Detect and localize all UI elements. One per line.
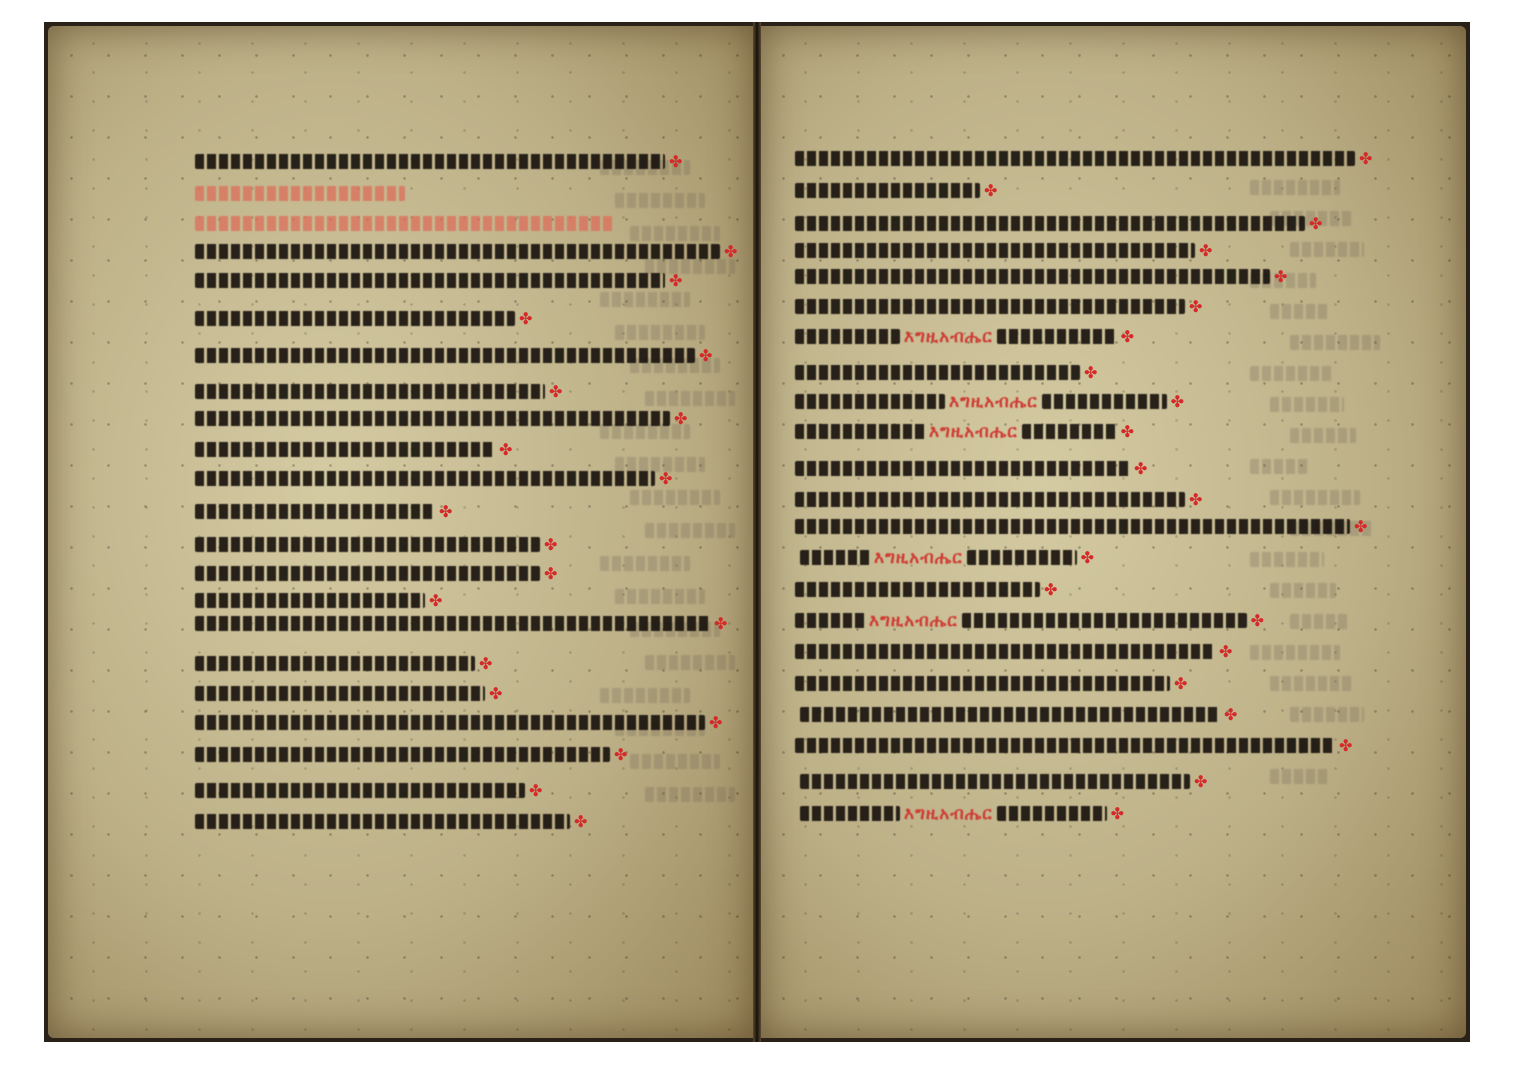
- section-end-mark-icon: ✤: [709, 715, 722, 731]
- ink-text-illegible: [962, 613, 1247, 628]
- manuscript-line: ✤: [195, 565, 557, 582]
- section-end-mark-icon: ✤: [1274, 269, 1287, 285]
- ink-text-illegible: [195, 411, 670, 426]
- manuscript-line: ✤: [800, 773, 1207, 790]
- section-end-mark-icon: ✤: [479, 656, 492, 672]
- ink-text-illegible: [795, 424, 925, 439]
- show-through-text: [1290, 707, 1364, 722]
- rubric-divine-name: እግዚአብሔር: [869, 611, 958, 631]
- section-end-mark-icon: ✤: [1111, 806, 1124, 822]
- rubric-text-illegible: [195, 216, 615, 231]
- show-through-text: [615, 589, 705, 604]
- ink-text-illegible: [967, 550, 1077, 565]
- manuscript-line: ✤: [795, 675, 1187, 692]
- ink-text-illegible: [195, 814, 570, 829]
- ink-text-illegible: [195, 311, 515, 326]
- ink-text-illegible: [195, 747, 610, 762]
- manuscript-line: ✤: [795, 215, 1322, 232]
- manuscript-line: ✤: [195, 746, 627, 763]
- show-through-text: [630, 226, 720, 241]
- ink-text-illegible: [795, 151, 1355, 166]
- ink-text-illegible: [195, 783, 525, 798]
- ink-text-illegible: [800, 774, 1190, 789]
- section-end-mark-icon: ✤: [1121, 424, 1134, 440]
- manuscript-line: ✤: [795, 518, 1367, 535]
- manuscript-line: ✤: [195, 503, 452, 520]
- manuscript-line: እግዚአብሔር✤: [795, 423, 1134, 440]
- section-end-mark-icon: ✤: [674, 411, 687, 427]
- ink-text-illegible: [195, 471, 655, 486]
- manuscript-line: ✤: [195, 470, 672, 487]
- section-end-mark-icon: ✤: [1044, 582, 1057, 598]
- manuscript-line: እግዚአብሔር✤: [795, 612, 1264, 629]
- section-end-mark-icon: ✤: [1081, 550, 1094, 566]
- show-through-text: [615, 325, 705, 340]
- manuscript-line: ✤: [195, 441, 512, 458]
- show-through-text: [600, 688, 690, 703]
- show-through-text: [615, 193, 705, 208]
- ink-text-illegible: [795, 461, 1130, 476]
- ink-text-illegible: [195, 656, 475, 671]
- manuscript-line: ✤: [795, 150, 1372, 167]
- manuscript-line: ✤: [795, 643, 1232, 660]
- manuscript-line: ✤: [195, 410, 687, 427]
- rubric-divine-name: እግዚአብሔር: [874, 548, 963, 568]
- manuscript-line: ✤: [795, 460, 1147, 477]
- section-end-mark-icon: ✤: [614, 747, 627, 763]
- ink-text-illegible: [795, 676, 1170, 691]
- ink-text-illegible: [795, 613, 865, 628]
- ink-text-illegible: [195, 384, 545, 399]
- rubric-divine-name: እግዚአብሔር: [929, 422, 1018, 442]
- section-end-mark-icon: ✤: [1309, 216, 1322, 232]
- section-end-mark-icon: ✤: [1189, 492, 1202, 508]
- ink-text-illegible: [195, 273, 665, 288]
- section-end-mark-icon: ✤: [1194, 774, 1207, 790]
- manuscript-line: [195, 185, 405, 202]
- show-through-text: [1250, 459, 1308, 474]
- ink-text-illegible: [795, 299, 1185, 314]
- manuscript-line: እግዚአብሔር✤: [795, 328, 1134, 345]
- ink-text-illegible: [795, 216, 1305, 231]
- section-end-mark-icon: ✤: [669, 154, 682, 170]
- manuscript-line: ✤: [195, 782, 542, 799]
- manuscript-line: እግዚአብሔር✤: [800, 549, 1094, 566]
- ink-text-illegible: [795, 394, 945, 409]
- manuscript-line: ✤: [795, 242, 1212, 259]
- ink-text-illegible: [195, 154, 665, 169]
- manuscript-line: እግዚአብሔር✤: [800, 805, 1124, 822]
- ink-text-illegible: [800, 707, 1220, 722]
- binding-gutter: [753, 22, 761, 1042]
- show-through-text: [1270, 583, 1336, 598]
- section-end-mark-icon: ✤: [1134, 461, 1147, 477]
- show-through-text: [1290, 242, 1364, 257]
- ink-text-illegible: [195, 593, 425, 608]
- show-through-text: [630, 754, 720, 769]
- section-end-mark-icon: ✤: [1189, 299, 1202, 315]
- ink-text-illegible: [795, 582, 1040, 597]
- show-through-text: [1270, 304, 1328, 319]
- section-end-mark-icon: ✤: [699, 348, 712, 364]
- show-through-text: [1290, 614, 1348, 629]
- manuscript-line: ✤: [795, 268, 1287, 285]
- section-end-mark-icon: ✤: [1199, 243, 1212, 259]
- manuscript-line: ✤: [195, 813, 587, 830]
- manuscript-line: ✤: [795, 491, 1202, 508]
- manuscript-line: ✤: [795, 364, 1097, 381]
- show-through-text: [600, 292, 690, 307]
- section-end-mark-icon: ✤: [429, 593, 442, 609]
- show-through-text: [1250, 366, 1332, 381]
- show-through-text: [1270, 397, 1344, 412]
- ink-text-illegible: [795, 183, 980, 198]
- show-through-text: [645, 655, 735, 670]
- section-end-mark-icon: ✤: [439, 504, 452, 520]
- section-end-mark-icon: ✤: [984, 183, 997, 199]
- section-end-mark-icon: ✤: [489, 686, 502, 702]
- manuscript-line: ✤: [195, 685, 502, 702]
- section-end-mark-icon: ✤: [659, 471, 672, 487]
- section-end-mark-icon: ✤: [1224, 707, 1237, 723]
- manuscript-line: ✤: [195, 536, 557, 553]
- section-end-mark-icon: ✤: [499, 442, 512, 458]
- manuscript-line: ✤: [195, 592, 442, 609]
- rubric-divine-name: እግዚአብሔር: [904, 327, 993, 347]
- rubric-divine-name: እግዚአብሔር: [904, 804, 993, 824]
- show-through-text: [1270, 490, 1360, 505]
- section-end-mark-icon: ✤: [544, 537, 557, 553]
- section-end-mark-icon: ✤: [1084, 365, 1097, 381]
- show-through-text: [1270, 769, 1328, 784]
- ink-text-illegible: [795, 519, 1350, 534]
- manuscript-line: ✤: [195, 272, 682, 289]
- section-end-mark-icon: ✤: [529, 783, 542, 799]
- ink-text-illegible: [195, 504, 435, 519]
- section-end-mark-icon: ✤: [1219, 644, 1232, 660]
- section-end-mark-icon: ✤: [669, 273, 682, 289]
- manuscript-line: ✤: [795, 581, 1057, 598]
- ink-text-illegible: [795, 329, 900, 344]
- ink-text-illegible: [195, 442, 495, 457]
- show-through-text: [1290, 428, 1356, 443]
- show-through-text: [1250, 645, 1340, 660]
- section-end-mark-icon: ✤: [1359, 151, 1372, 167]
- manuscript-line: ✤: [195, 153, 682, 170]
- show-through-text: [630, 490, 720, 505]
- section-end-mark-icon: ✤: [519, 311, 532, 327]
- ink-text-illegible: [795, 644, 1215, 659]
- ink-text-illegible: [800, 806, 900, 821]
- ink-text-illegible: [195, 244, 720, 259]
- manuscript-line: ✤: [795, 182, 997, 199]
- section-end-mark-icon: ✤: [714, 616, 727, 632]
- section-end-mark-icon: ✤: [1121, 329, 1134, 345]
- ink-text-illegible: [795, 243, 1195, 258]
- show-through-text: [1270, 676, 1352, 691]
- ink-text-illegible: [795, 738, 1335, 753]
- ink-text-illegible: [195, 686, 485, 701]
- ink-text-illegible: [195, 537, 540, 552]
- manuscript-line: ✤: [195, 655, 492, 672]
- manuscript-line: ✤: [195, 383, 562, 400]
- show-through-text: [1290, 335, 1380, 350]
- ink-text-illegible: [997, 329, 1117, 344]
- show-through-text: [1250, 552, 1324, 567]
- manuscript-line: ✤: [195, 310, 532, 327]
- show-through-text: [600, 556, 690, 571]
- show-through-text: [645, 787, 735, 802]
- ink-text-illegible: [795, 269, 1270, 284]
- show-through-text: [645, 523, 735, 538]
- section-end-mark-icon: ✤: [1251, 613, 1264, 629]
- manuscript-line: [195, 215, 615, 232]
- section-end-mark-icon: ✤: [1339, 738, 1352, 754]
- section-end-mark-icon: ✤: [1354, 519, 1367, 535]
- ink-text-illegible: [795, 365, 1080, 380]
- section-end-mark-icon: ✤: [544, 566, 557, 582]
- rubric-text-illegible: [195, 186, 405, 201]
- show-through-text: [645, 391, 735, 406]
- section-end-mark-icon: ✤: [574, 814, 587, 830]
- show-through-text: [1250, 180, 1340, 195]
- ink-text-illegible: [195, 348, 695, 363]
- ink-text-illegible: [195, 566, 540, 581]
- ink-text-illegible: [195, 715, 705, 730]
- ink-text-illegible: [997, 806, 1107, 821]
- manuscript-line: ✤: [195, 615, 727, 632]
- manuscript-line: ✤: [195, 714, 722, 731]
- manuscript-line: ✤: [195, 347, 712, 364]
- section-end-mark-icon: ✤: [724, 244, 737, 260]
- ink-text-illegible: [800, 550, 870, 565]
- manuscript-line: እግዚአብሔር✤: [795, 393, 1184, 410]
- manuscript-line: ✤: [800, 706, 1237, 723]
- ink-text-illegible: [1042, 394, 1167, 409]
- section-end-mark-icon: ✤: [1171, 394, 1184, 410]
- manuscript-line: ✤: [795, 298, 1202, 315]
- ink-text-illegible: [795, 492, 1185, 507]
- ink-text-illegible: [195, 616, 710, 631]
- rubric-divine-name: እግዚአብሔር: [949, 392, 1038, 412]
- ink-text-illegible: [1022, 424, 1117, 439]
- manuscript-line: ✤: [195, 243, 737, 260]
- manuscript-line: ✤: [795, 737, 1352, 754]
- section-end-mark-icon: ✤: [549, 384, 562, 400]
- section-end-mark-icon: ✤: [1174, 676, 1187, 692]
